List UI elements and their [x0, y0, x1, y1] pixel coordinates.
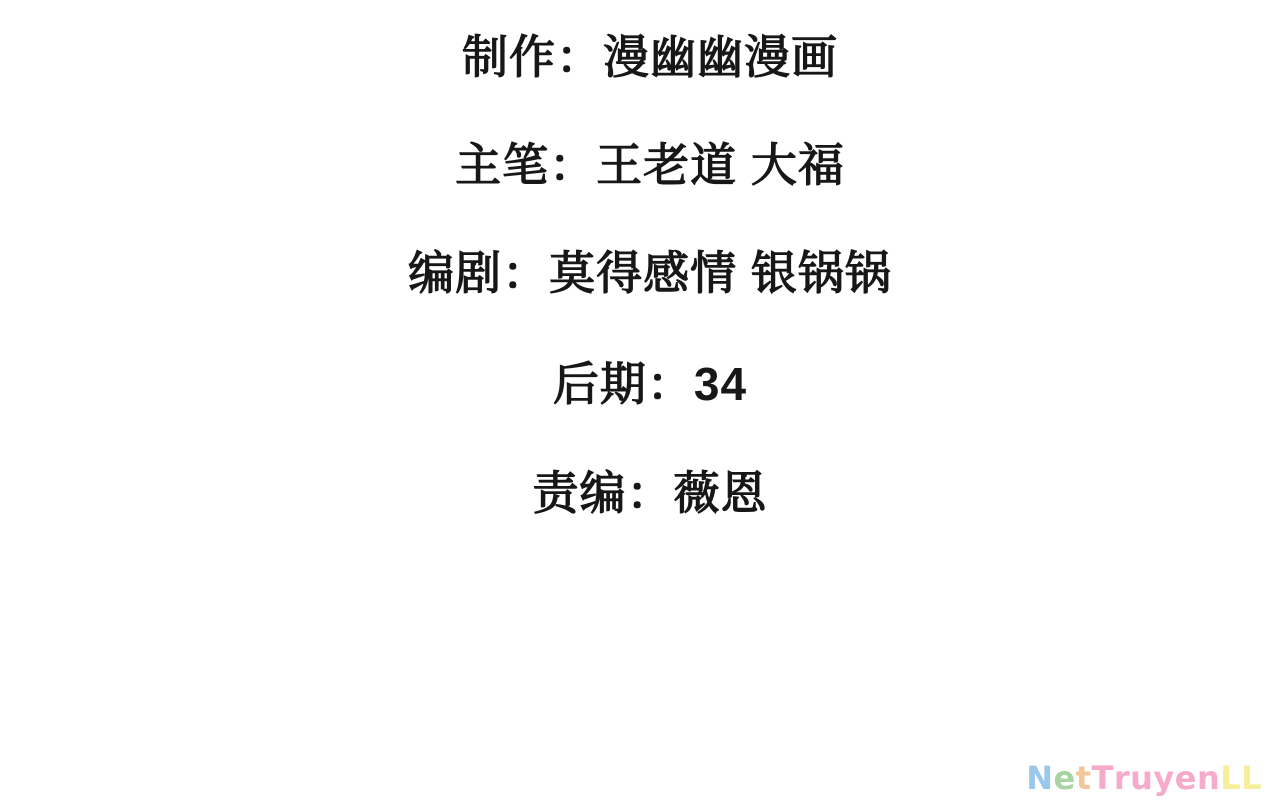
credit-line-post-production: 后期：34: [10, 361, 1280, 407]
credit-line-lead-artist: 主笔：王老道 大福: [10, 142, 1280, 188]
watermark-letter: L: [1241, 762, 1262, 794]
watermark-letter: r: [1114, 762, 1130, 794]
credit-line-production: 制作：漫幽幽漫画: [10, 34, 1280, 80]
watermark-letter: L: [1220, 762, 1241, 794]
watermark-letter: e: [1175, 762, 1197, 794]
watermark-letter: u: [1130, 762, 1153, 794]
watermark-letter: t: [1076, 762, 1092, 794]
credits-page: 制作：漫幽幽漫画 主笔：王老道 大福 编剧：莫得感情 银锅锅 后期：34 责编：…: [0, 0, 1280, 800]
watermark-letter: N: [1026, 762, 1053, 794]
watermark-letter: n: [1197, 762, 1220, 794]
credit-line-editor: 责编：薇恩: [10, 470, 1280, 516]
watermark-letter: y: [1153, 762, 1174, 794]
watermark-letter: e: [1053, 762, 1075, 794]
watermark-letter: T: [1091, 762, 1113, 794]
watermark-nettruyen: NetTruyenLL: [1026, 762, 1262, 794]
credit-line-screenwriter: 编剧：莫得感情 银锅锅: [10, 250, 1280, 296]
